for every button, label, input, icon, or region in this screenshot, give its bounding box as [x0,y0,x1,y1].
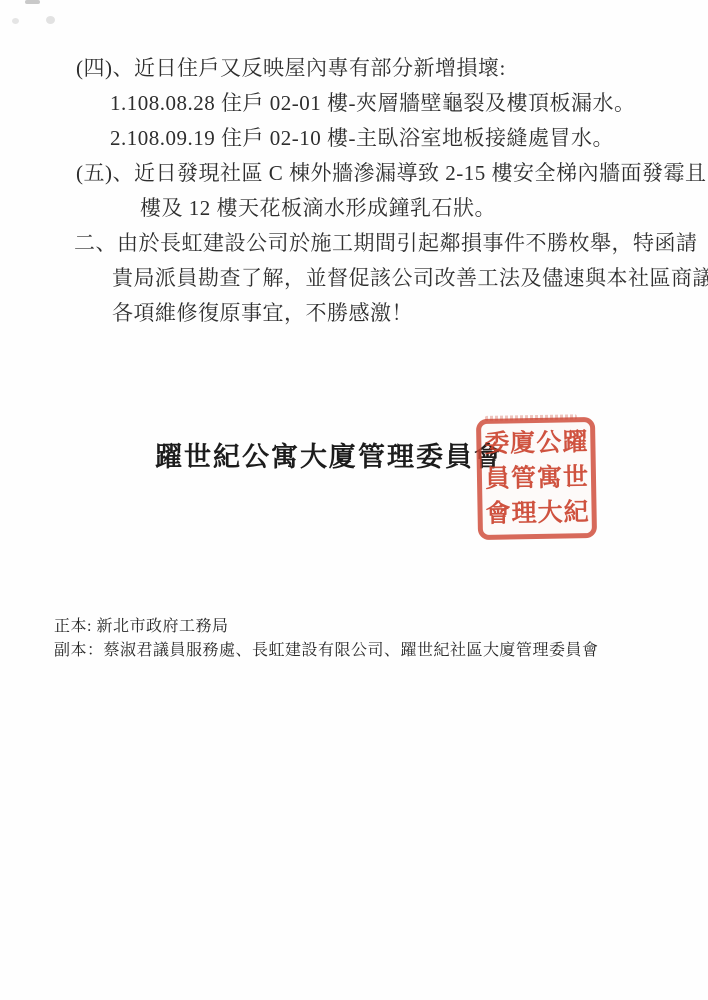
body-line-item5: (五)、近日發現社區 C 棟外牆滲漏導致 2-15 樓安全梯內牆面發霉且 14 [74,156,686,191]
body-line-sub1: 1.108.08.28 住戶 02-01 樓-夾層牆壁龜裂及樓頂板漏水。 [74,86,686,121]
scan-artifact [46,16,55,24]
body-line-item4: (四)、近日住戶又反映屋內專有部分新增損壞: [74,51,686,86]
copy-recipients: 副本：蔡淑君議員服務處、長虹建設有限公司、躍世紀社區大廈管理委員會 [54,639,599,663]
committee-seal: 委員會 廈管理 公寓大 躍世紀 [476,417,597,540]
scan-artifact [25,0,40,4]
document-body: (四)、近日住戶又反映屋內專有部分新增損壞: 1.108.08.28 住戶 02… [74,51,686,331]
document-page: (四)、近日住戶又反映屋內專有部分新增損壞: 1.108.08.28 住戶 02… [0,0,708,1000]
seal-smudge [485,414,577,421]
seal-column: 躍世紀 [562,425,590,530]
distribution-list: 正本: 新北市政府工務局 副本：蔡淑君議員服務處、長虹建設有限公司、躍世紀社區大… [54,615,599,663]
original-recipient: 正本: 新北市政府工務局 [54,615,599,639]
body-line-item5-cont: 樓及 12 樓天花板滴水形成鐘乳石狀。 [74,191,686,226]
body-line-sub2: 2.108.09.19 住戶 02-10 樓-主臥浴室地板接縫處冒水。 [74,121,686,156]
seal-column: 委員會 [484,426,512,531]
scan-artifact [12,18,19,24]
seal-column: 公寓大 [536,426,564,531]
seal-column: 廈管理 [510,426,538,531]
body-line-sec2-cont1: 貴局派員勘查了解，並督促該公司改善工法及儘速與本社區商議 [74,261,686,296]
body-line-sec2-cont2: 各項維修復原事宜，不勝感激！ [74,296,686,331]
body-line-section2: 二、由於長虹建設公司於施工期間引起鄰損事件不勝枚舉，特函請 [74,226,686,261]
signature-block: 躍世紀公寓大廈管理委員會 委員會 廈管理 公寓大 躍世紀 [155,418,615,548]
committee-name: 躍世紀公寓大廈管理委員會 [155,435,503,474]
